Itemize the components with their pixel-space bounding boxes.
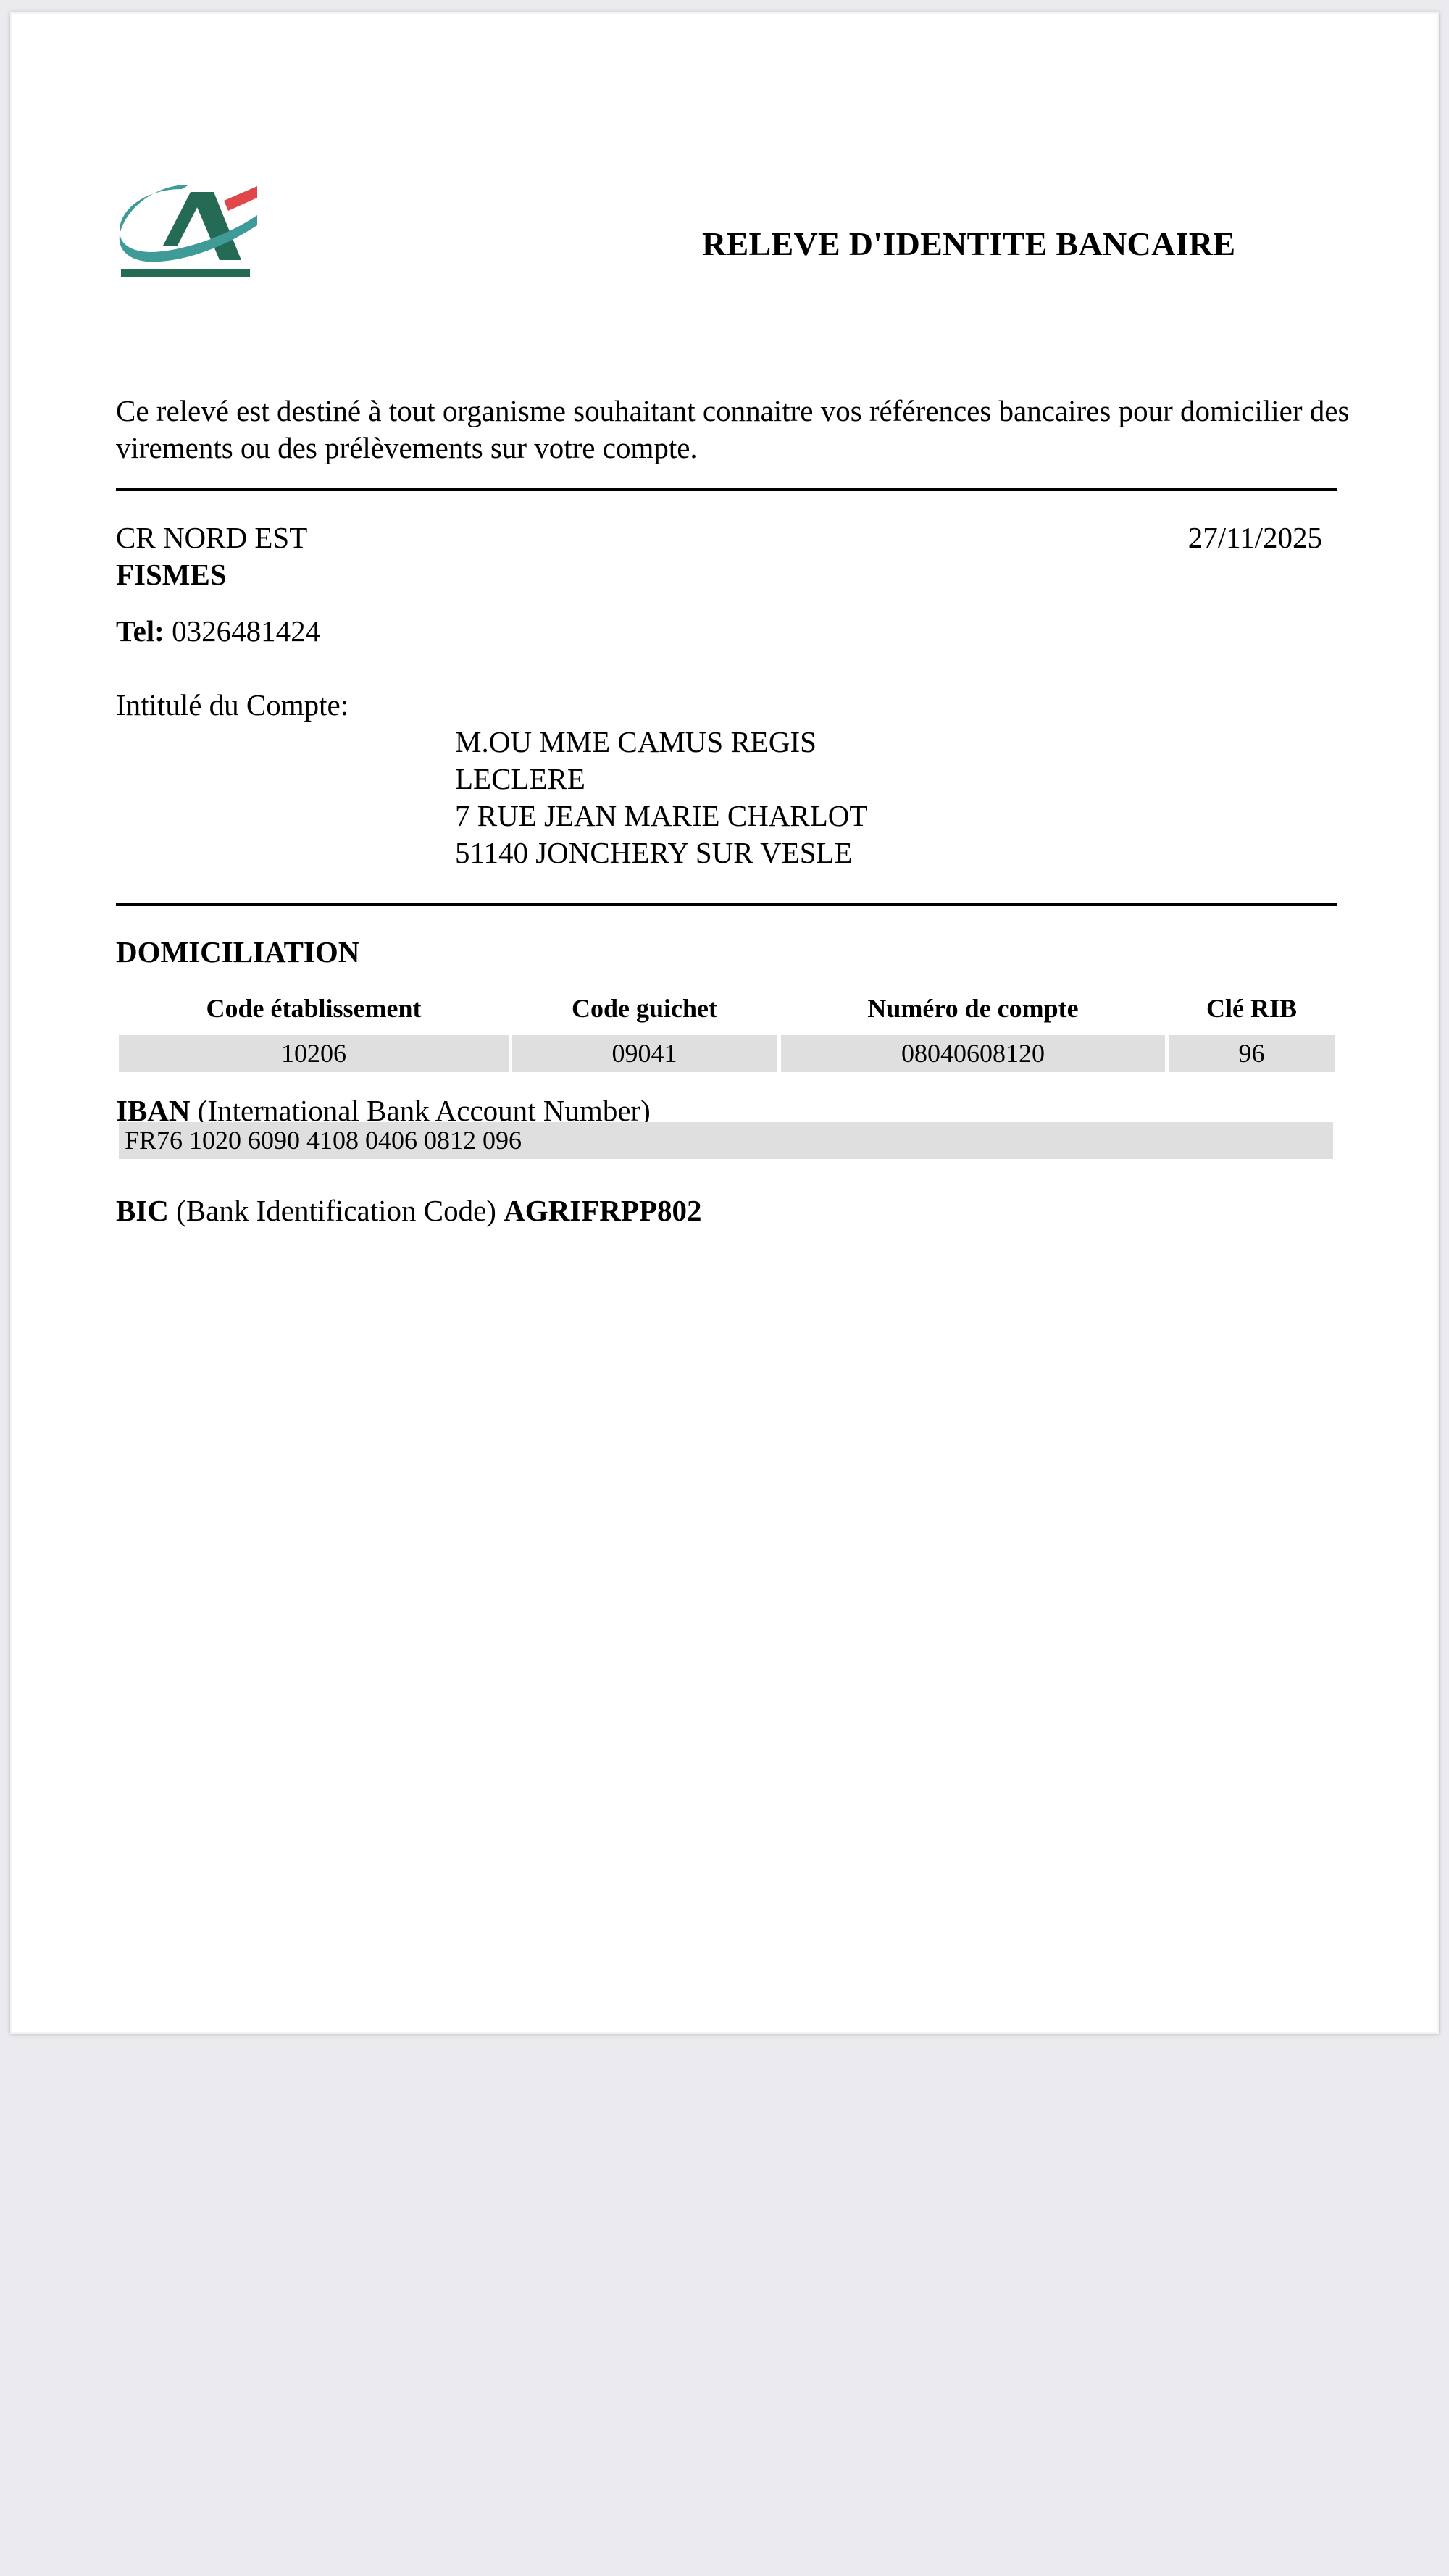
branch-code-value: 09041	[512, 1035, 777, 1072]
branch-phone: Tel: 0326481424	[116, 613, 320, 650]
account-title-label: Intitulé du Compte:	[116, 687, 348, 724]
phone-label: Tel:	[116, 614, 164, 648]
bank-code-value: 10206	[119, 1035, 509, 1072]
account-number-value: 08040608120	[781, 1035, 1165, 1072]
col-header-bank-code: Code établissement	[119, 992, 509, 1024]
iban-value: FR76 1020 6090 4108 0406 0812 096	[119, 1122, 1333, 1159]
holder-line: 7 RUE JEAN MARIE CHARLOT	[455, 798, 867, 835]
col-header-account-number: Numéro de compte	[781, 992, 1165, 1024]
col-header-branch-code: Code guichet	[512, 992, 777, 1024]
divider	[116, 903, 1337, 906]
bic-value: AGRIFRPP802	[504, 1194, 701, 1227]
holder-line: M.OU MME CAMUS REGIS	[455, 724, 867, 761]
domiciliation-heading: DOMICILIATION	[116, 934, 359, 969]
holder-line: 51140 JONCHERY SUR VESLE	[455, 835, 867, 871]
bic-description: (Bank Identification Code)	[176, 1194, 496, 1227]
account-holder-address: M.OU MME CAMUS REGIS LECLERE 7 RUE JEAN …	[455, 724, 867, 871]
holder-line: LECLERE	[455, 761, 867, 798]
col-header-rib-key: Clé RIB	[1169, 992, 1335, 1024]
document-date: 27/11/2025	[1188, 519, 1322, 556]
branch-region: CR NORD EST	[116, 519, 307, 556]
phone-value: 0326481424	[172, 614, 320, 648]
document-page: RELEVE D'IDENTITE BANCAIRE Ce relevé est…	[10, 12, 1439, 2034]
bic-line: BIC (Bank Identification Code) AGRIFRPP8…	[116, 1192, 702, 1229]
branch-agency: FISMES	[116, 556, 227, 593]
rib-key-value: 96	[1169, 1035, 1335, 1072]
document-title: RELEVE D'IDENTITE BANCAIRE	[702, 225, 1235, 263]
bic-acronym: BIC	[116, 1194, 169, 1227]
intro-text: Ce relevé est destiné à tout organisme s…	[116, 393, 1362, 467]
divider	[116, 488, 1337, 491]
credit-agricole-logo-icon	[118, 179, 259, 277]
